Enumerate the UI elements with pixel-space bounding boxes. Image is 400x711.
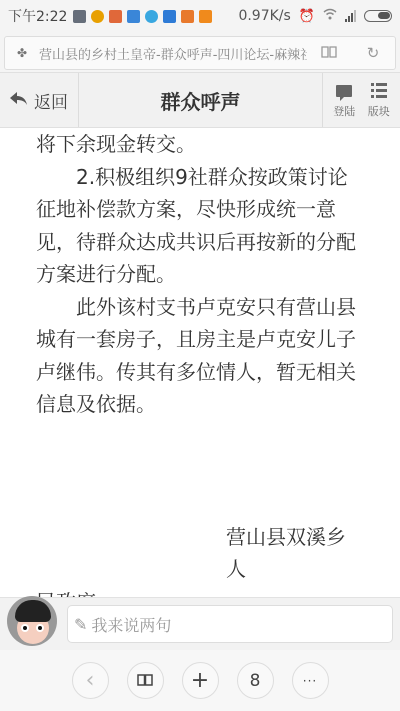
- tab-count: 8: [250, 671, 261, 691]
- more-menu-button[interactable]: ···: [292, 662, 329, 699]
- list-icon: [371, 82, 387, 100]
- url-bar-container: ✤ 营山县的乡村土皇帝-群众呼声-四川论坛-麻辣社区 ↻: [0, 32, 400, 72]
- browser-icon: [145, 10, 158, 23]
- page-title: 群众呼声: [79, 73, 322, 127]
- book-icon: [137, 671, 153, 691]
- plus-icon: +: [191, 668, 209, 693]
- notification-app-icon: [73, 10, 86, 23]
- back-arrow-icon: [10, 90, 28, 111]
- url-bar[interactable]: ✤ 营山县的乡村土皇帝-群众呼声-四川论坛-麻辣社区 ↻: [4, 36, 396, 70]
- back-label: 返回: [34, 88, 68, 113]
- battery-icon: [364, 10, 392, 22]
- signature-line-1: 营山县双溪乡人: [36, 521, 364, 586]
- sections-button[interactable]: 版块: [368, 82, 390, 119]
- comment-input[interactable]: ✎ 我来说两句: [67, 605, 393, 643]
- status-right: 0.97K/s ⏰: [238, 8, 392, 24]
- app-icon-orange: [109, 10, 122, 23]
- browser-toolbar: ‹ + 8 ···: [0, 650, 400, 711]
- alarm-icon: ⏰: [299, 9, 315, 24]
- qq-icon: [91, 10, 104, 23]
- comment-bar: ✎ 我来说两句: [0, 597, 400, 650]
- refresh-icon[interactable]: ↻: [351, 44, 395, 62]
- new-tab-button[interactable]: +: [182, 662, 219, 699]
- net-speed: 0.97K/s: [238, 8, 290, 24]
- login-label: 登陆: [333, 103, 355, 119]
- video-icon: [199, 10, 212, 23]
- login-button[interactable]: 登陆: [333, 82, 355, 119]
- news-icon: [163, 10, 176, 23]
- post-content: 将下余现金转交。 2.积极组织9社群众按政策讨论征地补偿款方案，尽快形成统一意见…: [0, 128, 400, 597]
- url-bar-title[interactable]: 营山县的乡村土皇帝-群众呼声-四川论坛-麻辣社区: [39, 44, 307, 63]
- wifi-icon: [323, 8, 337, 24]
- sections-label: 版块: [368, 103, 390, 119]
- paragraph-2: 2.积极组织9社群众按政策讨论征地补偿款方案，尽快形成统一意见，待群众达成共识后…: [36, 161, 364, 291]
- header-actions: 登陆 版块: [322, 73, 400, 127]
- status-bar: 下午2:22 0.97K/s ⏰: [0, 0, 400, 32]
- app-icon-orange2: [181, 10, 194, 23]
- pencil-icon: ✎: [74, 615, 87, 634]
- app-icon-blue: [127, 10, 140, 23]
- spacer: [36, 421, 364, 521]
- comment-placeholder: 我来说两句: [91, 613, 171, 636]
- signal-icon: [345, 10, 356, 22]
- chevron-left-icon: ‹: [86, 668, 95, 693]
- paragraph-3: 此外该村支书卢克安只有营山县城有一套房子，且房主是卢克安儿子卢继伟。传其有多位情…: [36, 291, 364, 421]
- tabs-button[interactable]: 8: [237, 662, 274, 699]
- avatar[interactable]: [7, 596, 57, 646]
- more-dots-icon: ···: [303, 674, 317, 688]
- favicon-icon: ✤: [17, 46, 31, 60]
- forum-header: 返回 群众呼声 登陆 版块: [0, 72, 400, 128]
- chat-bubble-icon: [336, 82, 352, 100]
- paragraph-1: 将下余现金转交。: [36, 128, 364, 161]
- reader-mode-icon[interactable]: [307, 44, 351, 62]
- browser-back-button[interactable]: ‹: [72, 662, 109, 699]
- bookmarks-button[interactable]: [127, 662, 164, 699]
- back-button[interactable]: 返回: [0, 73, 79, 127]
- status-time: 下午2:22: [8, 6, 67, 26]
